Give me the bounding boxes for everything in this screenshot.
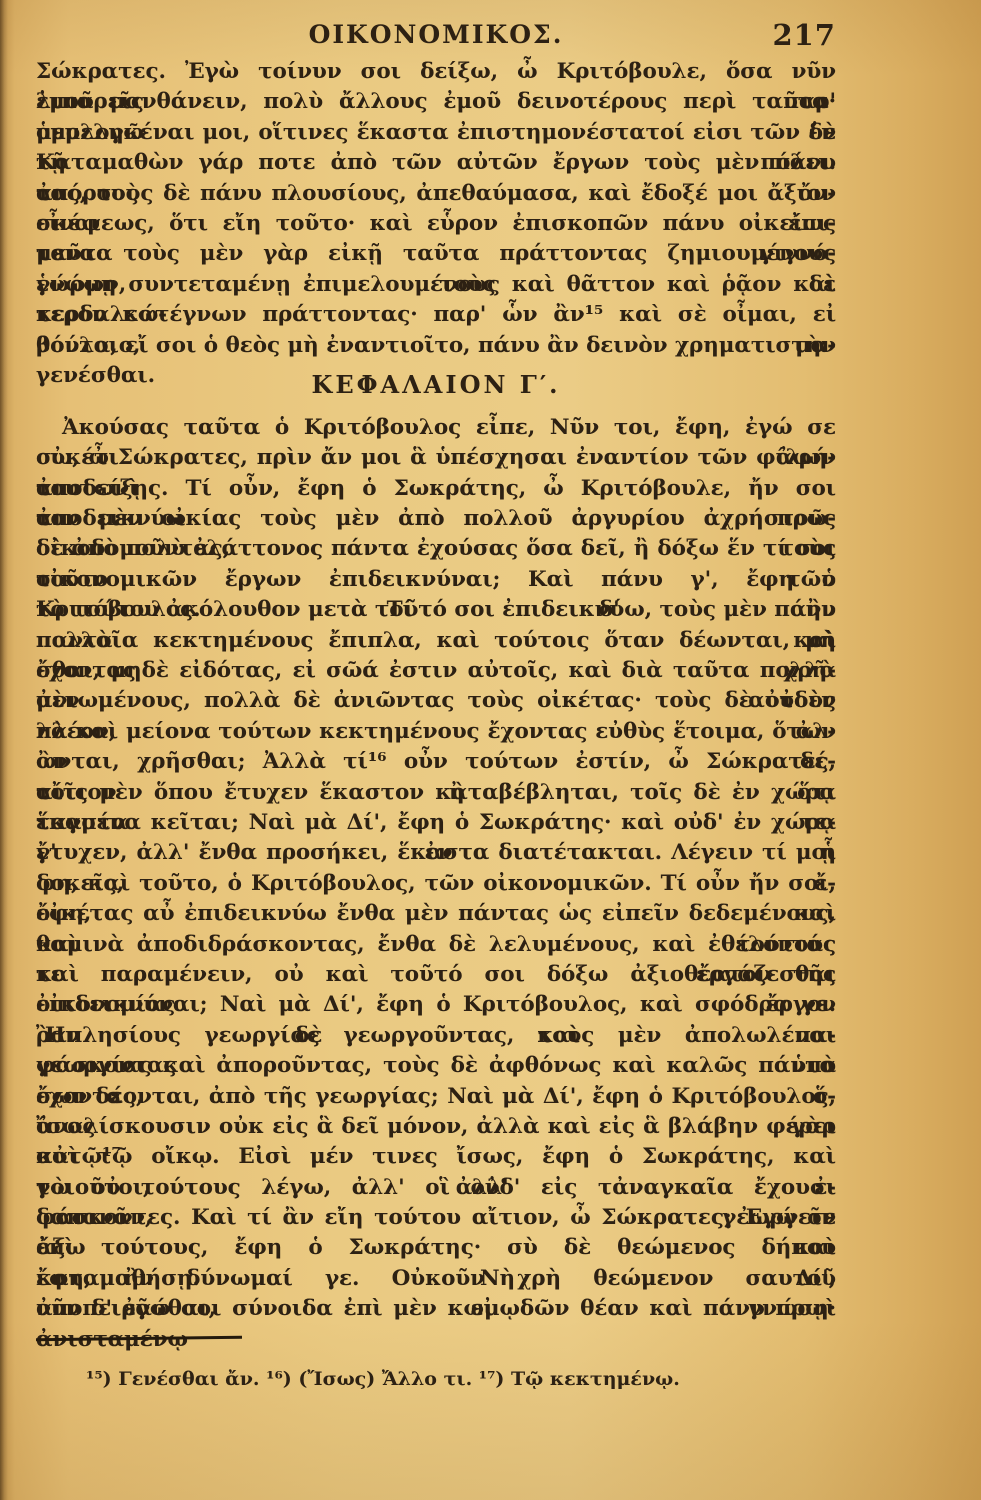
text-line: σθαι, μηδὲ εἰδότας, εἰ σῶά ἐστιν αὐτοῖς,… — [36, 656, 836, 686]
text-line: οἰκέτας αὖ ἐπιδεικνύω ἔνθα μὲν πάντας ὡς… — [36, 899, 836, 929]
text-line: ἀνιωμένους, πολλὰ δὲ ἀνιῶντας τοὺς οἰκέτ… — [36, 686, 836, 716]
text-line: ἐπιδεικνύναι; Ναὶ μὰ Δί', ἔφη ὁ Κριτόβου… — [36, 990, 836, 1020]
text-line: γνώμῃ συντεταμένῃ ἐπιμελουμένους καὶ θᾶτ… — [36, 270, 836, 300]
text-line: Σώκρατες. Ἐγὼ τοίνυν σοι δείξω, ὦ Κριτόβ… — [36, 57, 836, 87]
text-line: νῦν δ' ἐγώ σοι σύνοιδα ἐπὶ μὲν κωμῳδῶν θ… — [36, 1294, 836, 1324]
text-line: Ἀκούσας ταῦτα ὁ Κριτόβουλος εἶπε, Νῦν το… — [36, 413, 836, 443]
text-line: σκέψεως, ὅτι εἴη τοῦτο· καὶ εὗρον ἐπισκο… — [36, 209, 836, 239]
text-line: ἔφη, ἢν δύνωμαί γε. Οὐκοῦν χρὴ θεώμενον … — [36, 1264, 836, 1294]
text-line: ραπλησίους γεωργίας γεωργοῦντας, τοὺς μὲ… — [36, 1021, 836, 1051]
text-line: ταγμένα κεῖται; Ναὶ μὰ Δί', ἔφη ὁ Σωκράτ… — [36, 808, 836, 838]
text-line: ἐπὶ τούτους, ἔφη ὁ Σωκράτης· σὺ δὲ θεώμε… — [36, 1233, 836, 1263]
text-line: τὸ τούτου ἀκόλουθον μετὰ τοῦτό σοι ἐπιδε… — [36, 595, 836, 625]
text-line: Καταμαθὼν γάρ ποτε ἀπὸ τῶν αὐτῶν ἔργων τ… — [36, 148, 836, 178]
running-title: ΟΙΚΟΝΟΜΙΚΟΣ. — [36, 20, 836, 49]
text-line: γεωργίας καὶ ἀποροῦντας, τοὺς δὲ ἀφθόνως… — [36, 1051, 836, 1081]
text-line: ἐμοῦ μανθάνειν, πολὺ ἄλλους ἐμοῦ δεινοτέ… — [36, 87, 836, 117]
text-line: καὶ τῷ οἴκῳ. Εἰσὶ μέν τινες ἴσως, ἔφη ὁ … — [36, 1142, 836, 1172]
text-line: τον μὲν οἰκίας τοὺς μὲν ἀπὸ πολλοῦ ἀργυρ… — [36, 504, 836, 534]
text-line: φη, καὶ τοῦτο, ὁ Κριτόβουλος, τῶν οἰκονο… — [36, 869, 836, 899]
text-line: σω, ὦ Σώκρατες, πρὶν ἄν μοι ἃ ὑπέσχησαι … — [36, 443, 836, 473]
text-line: καὶ παραμένειν, οὐ καὶ τοῦτό σοι δόξω ἀξ… — [36, 960, 836, 990]
text-line: ἀναλίσκουσιν οὐκ εἰς ἃ δεῖ μόνον, ἀλλὰ κ… — [36, 1112, 836, 1142]
page-body: Σώκρατες. Ἐγὼ τοίνυν σοι δείξω, ὦ Κριτόβ… — [36, 57, 836, 1325]
footnotes: ¹⁵) Γενέσθαι ἄν. ¹⁶) (Ἴσως) Ἄλλο τι. ¹⁷)… — [86, 1366, 806, 1392]
paragraph-continuation: Σώκρατες. Ἐγὼ τοίνυν σοι δείξω, ὦ Κριτόβ… — [36, 57, 836, 361]
page-edge-shadow — [0, 0, 8, 1500]
paragraph-chapter-3: Ἀκούσας ταῦτα ὁ Κριτόβουλος εἶπε, Νῦν το… — [36, 413, 836, 1325]
text-line: ωνται, χρῆσθαι; Ἀλλὰ τί¹⁶ οὖν τούτων ἐστ… — [36, 747, 836, 777]
text-line: φάσκοντες. Καὶ τί ἂν εἴη τούτου αἴτιον, … — [36, 1203, 836, 1233]
text-line: λὰ καὶ μείονα τούτων κεκτημένους ἔχοντας… — [36, 717, 836, 747]
page-header: ΟΙΚΟΝΟΜΙΚΟΣ. 217 — [36, 20, 836, 54]
text-line: οἰκονομικῶν ἔργων ἐπιδεικνύναι; Καὶ πάνυ… — [36, 565, 836, 595]
text-line: δὲ ἀπὸ πολὺ ἐλάττονος πάντα ἐχούσας ὅσα … — [36, 534, 836, 564]
text-line: ἔτυχεν, ἀλλ' ἔνθα προσήκει, ἕκαστα διατέ… — [36, 838, 836, 868]
text-line: θαμινὰ ἀποδιδράσκοντας, ἔνθα δὲ λελυμένο… — [36, 930, 836, 960]
text-line: σων δέονται, ἀπὸ τῆς γεωργίας; Ναὶ μὰ Δί… — [36, 1082, 836, 1112]
chapter-heading: ΚΕΦΑΛΑΙΟΝ Γ′. — [36, 370, 836, 400]
text-line: ἀποδείξῃς. Τί οὖν, ἔφη ὁ Σωκράτης, ὦ Κρι… — [36, 474, 836, 504]
book-page: ΟΙΚΟΝΟΜΙΚΟΣ. 217 Σώκρατες. Ἐγὼ τοίνυν σο… — [0, 0, 981, 1500]
page-number: 217 — [772, 18, 836, 52]
text-line: μεμεληκέναι μοι, οἵτινες ἕκαστα ἐπιστημο… — [36, 118, 836, 148]
text-line: γὼ οὐ τούτους λέγω, ἀλλ' οἳ οὐδ' εἰς τἀν… — [36, 1173, 836, 1203]
text-line: μενα· τοὺς μὲν γὰρ εἰκῇ ταῦτα πράττοντας… — [36, 239, 836, 269]
text-line: τερον κατέγνων πράττοντας· παρ' ὧν ἂν¹⁵ … — [36, 300, 836, 330]
text-line: θόντα, εἴ σοι ὁ θεὸς μὴ ἐναντιοῖτο, πάνυ… — [36, 331, 836, 361]
text-line: τοῖς μὲν ὅπου ἔτυχεν ἕκαστον καταβέβλητα… — [36, 778, 836, 808]
text-line: τας, τοὺς δὲ πάνυ πλουσίους, ἀπεθαύμασα,… — [36, 179, 836, 209]
text-line: παντοῖα κεκτημένους ἔπιπλα, καὶ τούτοις … — [36, 626, 836, 656]
